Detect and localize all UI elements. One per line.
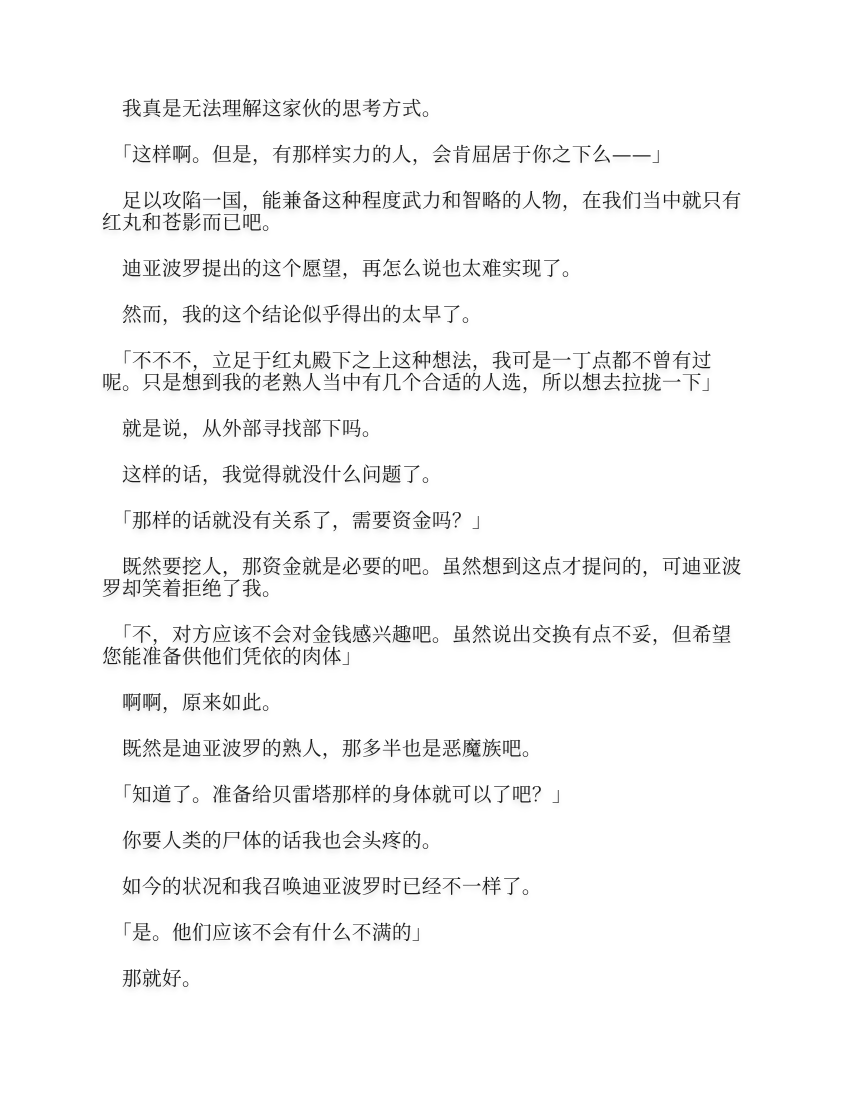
- document-page: 我真是无法理解这家伙的思考方式。 「这样啊。但是，有那样实力的人，会肯屈居于你之…: [102, 98, 746, 1014]
- paragraph-narration: 既然是迪亚波罗的熟人，那多半也是恶魔族吧。: [102, 738, 746, 760]
- paragraph-narration: 既然要挖人，那资金就是必要的吧。虽然想到这点才提问的，可迪亚波罗却笑着拒绝了我。: [102, 556, 746, 600]
- paragraph-narration: 如今的状况和我召唤迪亚波罗时已经不一样了。: [102, 876, 746, 898]
- paragraph-dialog: 「不不不，立足于红丸殿下之上这种想法，我可是一丁点都不曾有过呢。只是想到我的老熟…: [102, 350, 746, 394]
- paragraph-narration: 啊啊，原来如此。: [102, 692, 746, 714]
- paragraph-dialog: 「那样的话就没有关系了，需要资金吗？」: [102, 510, 746, 532]
- paragraph-narration: 我真是无法理解这家伙的思考方式。: [102, 98, 746, 120]
- paragraph-narration: 足以攻陷一国，能兼备这种程度武力和智略的人物，在我们当中就只有红丸和苍影而已吧。: [102, 190, 746, 234]
- paragraph-narration: 迪亚波罗提出的这个愿望，再怎么说也太难实现了。: [102, 258, 746, 280]
- paragraph-narration: 那就好。: [102, 968, 746, 990]
- paragraph-dialog: 「这样啊。但是，有那样实力的人，会肯屈居于你之下么——」: [102, 144, 746, 166]
- paragraph-narration: 你要人类的尸体的话我也会头疼的。: [102, 830, 746, 852]
- paragraph-dialog: 「不，对方应该不会对金钱感兴趣吧。虽然说出交换有点不妥，但希望您能准备供他们凭依…: [102, 624, 746, 668]
- paragraph-dialog: 「知道了。准备给贝雷塔那样的身体就可以了吧？」: [102, 784, 746, 806]
- paragraph-dialog: 「是。他们应该不会有什么不满的」: [102, 922, 746, 944]
- paragraph-narration: 这样的话，我觉得就没什么问题了。: [102, 464, 746, 486]
- paragraph-narration: 然而，我的这个结论似乎得出的太早了。: [102, 304, 746, 326]
- paragraph-narration: 就是说，从外部寻找部下吗。: [102, 418, 746, 440]
